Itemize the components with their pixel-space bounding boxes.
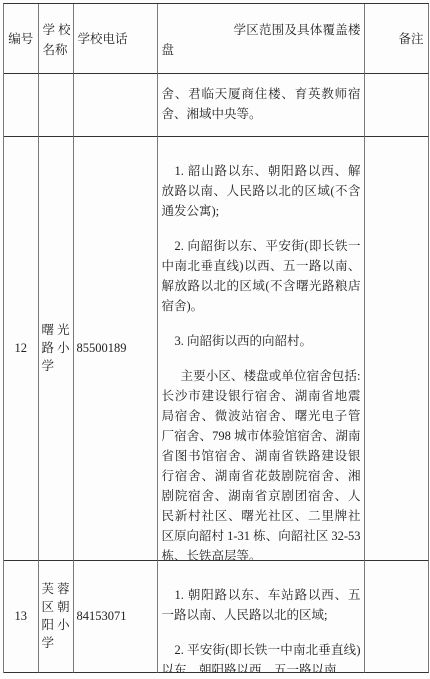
district-paragraph: 2. 向韶街以东、平安街(即长铁一中南北垂直线)以西、五一路以南、解放路以北的区… xyxy=(162,236,361,316)
row11-name-cell xyxy=(39,74,74,137)
row13-district-cell: 1. 朝阳路以东、车站路以西、五一路以南、人民路以北的区域;2. 平安街(即长铁… xyxy=(158,561,365,674)
header-remark: 备注 xyxy=(365,4,429,74)
district-paragraph: 2. 平安街(即长铁一中南北垂直线)以东、朝阳路以西、五一路以南、 xyxy=(162,640,361,674)
header-remark-label: 备注 xyxy=(398,29,423,49)
name-line: 学 xyxy=(42,357,73,375)
row12-name-cell: 曙 光路 小学 xyxy=(39,137,74,561)
row12-id: 12 xyxy=(15,341,28,356)
school-district-table: 编号 学 校名称 学校电话 学区范围及具体覆盖楼盘 备注 舍、君临天厦商住楼、育… xyxy=(3,3,429,673)
row13-phone-cell: 84153071 xyxy=(74,561,158,674)
district-paragraph: 舍、君临天厦商住楼、育英教师宿舍、湘域中央等。 xyxy=(162,84,361,124)
header-school-phone: 学校电话 xyxy=(74,4,158,74)
name-line: 学 xyxy=(42,634,73,652)
row12-id-cell: 12 xyxy=(4,137,39,561)
row12-phone: 85500189 xyxy=(77,341,157,356)
row13-id-cell: 13 xyxy=(4,561,39,674)
row11-id-cell xyxy=(4,74,39,137)
name-line: 阳 小 xyxy=(42,616,73,634)
row11-phone-cell xyxy=(74,74,158,137)
header-district-range: 学区范围及具体覆盖楼盘 xyxy=(158,4,365,74)
header-school-phone-label: 学校电话 xyxy=(78,29,157,49)
name-line: 名称 xyxy=(43,40,73,60)
header-id: 编号 xyxy=(4,4,39,74)
name-line: 曙 光 xyxy=(42,321,73,339)
name-line: 路 小 xyxy=(42,339,73,357)
name-line: 区 朝 xyxy=(42,598,73,616)
district-paragraph: 3. 向韶街以西的向韶村。 xyxy=(162,331,361,351)
row13-name-cell: 芙 蓉区 朝阳 小学 xyxy=(39,561,74,674)
name-line: 芙 蓉 xyxy=(42,580,73,598)
row12-phone-cell: 85500189 xyxy=(74,137,158,561)
district-paragraph: 1. 韶山路以东、朝阳路以西、解放路以南、人民路以北的区域(不含通发公寓); xyxy=(162,161,361,221)
row13-id: 13 xyxy=(15,609,28,624)
header-district-range-label: 学区范围及具体覆盖楼盘 xyxy=(162,20,361,60)
row11-remark-cell xyxy=(365,74,429,137)
document-page: 编号 学 校名称 学校电话 学区范围及具体覆盖楼盘 备注 舍、君临天厦商住楼、育… xyxy=(0,0,430,679)
district-paragraph: 1. 朝阳路以东、车站路以西、五一路以南、人民路以北的区域; xyxy=(162,585,361,625)
header-id-label: 编号 xyxy=(8,29,33,49)
row12-district-cell: 1. 韶山路以东、朝阳路以西、解放路以南、人民路以北的区域(不含通发公寓);2.… xyxy=(158,137,365,561)
name-line: 学 校 xyxy=(43,20,73,40)
row13-phone: 84153071 xyxy=(77,609,157,624)
row12-remark-cell xyxy=(365,137,429,561)
row13-remark-cell xyxy=(365,561,429,674)
district-paragraph: 主要小区、楼盘或单位宿舍包括:长沙市建设银行宿舍、湖南省地震局宿舍、微波站宿舍、… xyxy=(162,366,361,561)
row11-district-cell: 舍、君临天厦商住楼、育英教师宿舍、湘域中央等。 xyxy=(158,74,365,137)
header-school-name: 学 校名称 xyxy=(39,4,74,74)
